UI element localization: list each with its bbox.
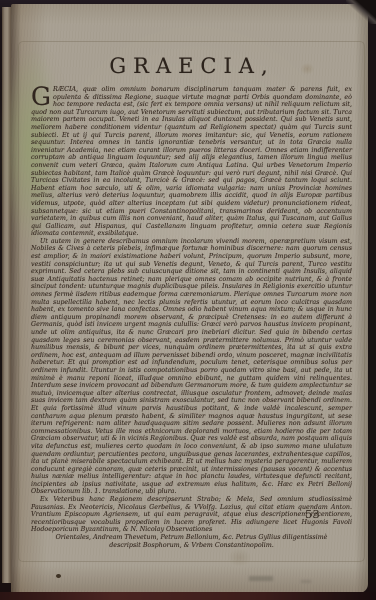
top-right-corner-shadow	[346, 0, 376, 24]
book-page: GRAECIA, GRÆCIA, quæ olim omnium bonarum…	[11, 4, 368, 593]
faint-pencil-mark	[249, 576, 273, 581]
paragraph-2: Ut autem in genere describamus omnium in…	[31, 238, 352, 496]
paragraph-1: GRÆCIA, quæ olim omnium bonarum discipli…	[31, 86, 352, 238]
drop-cap-initial: G	[31, 86, 53, 107]
body-text: GRÆCIA, quæ olim omnium bonarum discipli…	[31, 86, 352, 549]
paragraph-1-text: RÆCIA, quæ olim omnium bonarum disciplin…	[31, 86, 352, 237]
ink-speck	[56, 574, 61, 578]
table-edge	[0, 592, 376, 600]
faint-smudge	[301, 580, 311, 583]
closing-line-1: Orientales, Andream Thevetum, Petrum Bel…	[31, 534, 352, 542]
closing-line-2: descripsit Bosphorum, & Vrbem Constantin…	[31, 542, 352, 550]
page-number: 53	[305, 507, 320, 521]
page-title: GRAECIA,	[31, 54, 353, 78]
paragraph-3: Ex Veteribus hanc Regionem descripserunt…	[31, 496, 352, 534]
book-photo: GRAECIA, GRÆCIA, quæ olim omnium bonarum…	[0, 0, 376, 600]
